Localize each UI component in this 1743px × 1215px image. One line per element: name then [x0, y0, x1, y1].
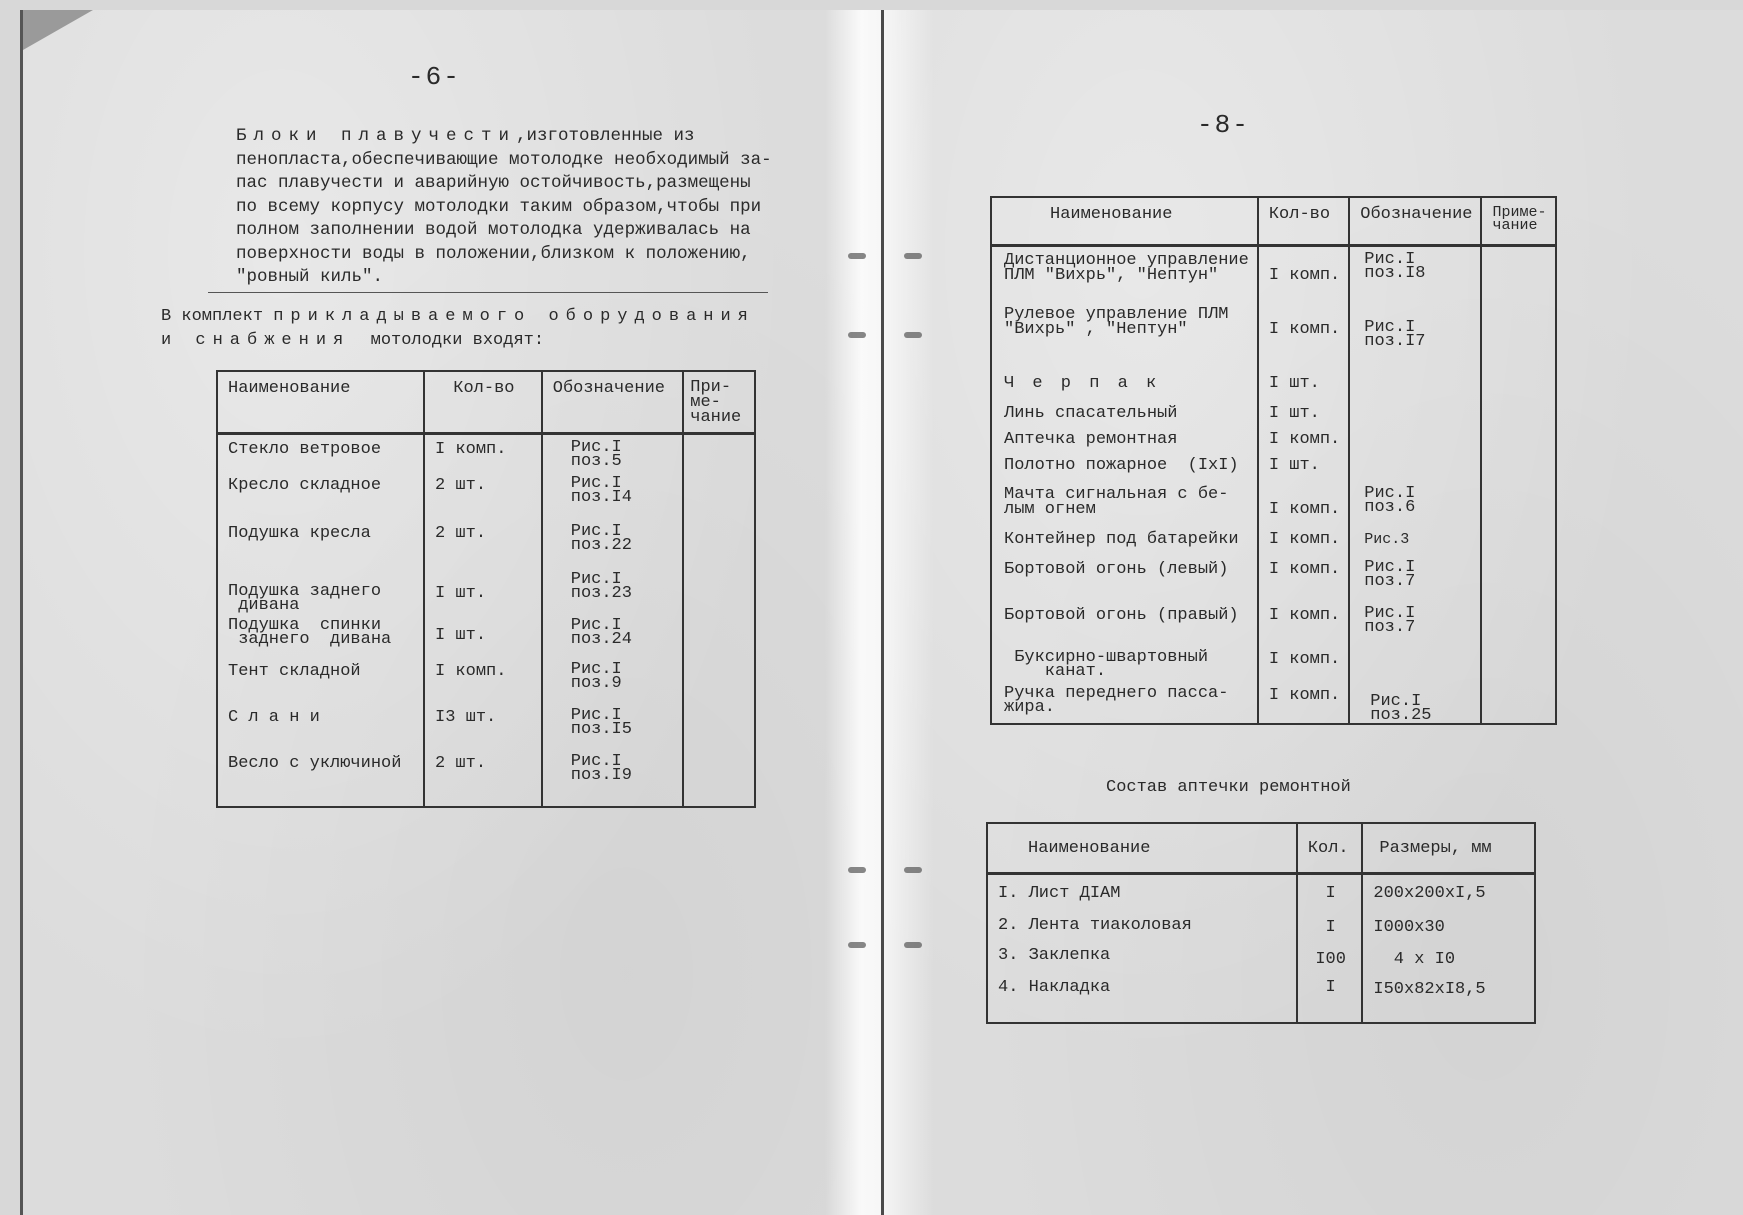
divider-rule	[208, 292, 768, 293]
col-header-size: Размеры, мм	[1362, 823, 1535, 873]
staple-mark	[848, 332, 866, 338]
gutter-shadow-right	[884, 10, 934, 1215]
folded-corner	[23, 10, 93, 50]
table-row: Стекло ветровое I комп. Рис.I поз.5	[217, 433, 755, 471]
page-number-left: -6-	[408, 62, 461, 92]
table-row: Бортовой огонь (правый) I комп. Рис.I по…	[991, 601, 1556, 645]
table-row: Мачта сигнальная с бе- лым огнем I комп.…	[991, 481, 1556, 525]
table-row: 3. Заклепка I00 4 x I0	[987, 941, 1535, 975]
gutter-shadow-left	[825, 10, 885, 1215]
table-row: Тент складной I комп. Рис.I поз.9	[217, 657, 755, 703]
page-number-right: -8-	[1197, 110, 1250, 140]
table-row: Подушка спинки заднего дивана I шт. Рис.…	[217, 613, 755, 657]
table-row: Линь спасательный I шт.	[991, 399, 1556, 425]
col-header-note: При- ме- чание	[683, 371, 755, 433]
col-header-qty: Кол-во	[1258, 197, 1349, 245]
table-row: 4. Накладка I I50x82xI8,5	[987, 975, 1535, 1023]
table-row: Весло с уключиной 2 шт. Рис.I поз.I9	[217, 749, 755, 807]
table-row: Аптечка ремонтная I комп.	[991, 425, 1556, 451]
table-row: 2. Лента тиаколовая I I000x30	[987, 907, 1535, 941]
table-row: Полотно пожарное (IxI) I шт.	[991, 451, 1556, 481]
right-page: -8- Наименование Кол-во Обозначение Прим…	[884, 10, 1743, 1215]
repair-kit-caption: Состав аптечки ремонтной	[1106, 778, 1351, 797]
repair-kit-table: Наименование Кол. Размеры, мм I. Лист ДI…	[986, 822, 1536, 1024]
col-header-note: Приме- чание	[1481, 197, 1555, 245]
table-row: Ручка переднего пасса- жира. I комп. Рис…	[991, 681, 1556, 724]
col-header-qty: Кол-во	[424, 371, 542, 433]
staple-mark	[904, 253, 922, 259]
table-row: Подушка заднего дивана I шт. Рис.I поз.2…	[217, 567, 755, 613]
equipment-table-left: Наименование Кол-во Обозначение При- ме-…	[216, 370, 756, 808]
col-header-name: Наименование	[217, 371, 424, 433]
table-row: Буксирно-швартовный канат. I комп.	[991, 645, 1556, 681]
intro-lead: Блоки плавучести	[236, 126, 516, 146]
staple-mark	[848, 942, 866, 948]
section-heading: В комплект прикладываемого оборудования …	[161, 305, 755, 352]
staple-mark	[904, 942, 922, 948]
col-header-qty: Кол.	[1297, 823, 1363, 873]
col-header-name: Наименование	[991, 197, 1258, 245]
left-page: -6- Блоки плавучести,изготовленные из пе…	[20, 10, 885, 1215]
staple-mark	[904, 332, 922, 338]
table-row: I. Лист ДIАМ I 200x200xI,5	[987, 873, 1535, 907]
staple-mark	[904, 867, 922, 873]
staple-mark	[848, 253, 866, 259]
table-row: Подушка кресла 2 шт. Рис.I поз.22	[217, 519, 755, 567]
equipment-table-right: Наименование Кол-во Обозначение Приме- ч…	[990, 196, 1557, 725]
table-row: Дистанционное управление ПЛМ "Вихрь", "Н…	[991, 245, 1556, 301]
table-row: Рулевое управление ПЛМ "Вихрь" , "Нептун…	[991, 301, 1556, 369]
table-row: Кресло складное 2 шт. Рис.I поз.I4	[217, 471, 755, 519]
table-row: Ч е р п а к I шт.	[991, 369, 1556, 399]
table-row: Бортовой огонь (левый) I комп. Рис.I поз…	[991, 555, 1556, 601]
table-row: С л а н и I3 шт. Рис.I поз.I5	[217, 703, 755, 749]
col-header-ref: Обозначение	[542, 371, 684, 433]
staple-mark	[848, 867, 866, 873]
col-header-name: Наименование	[987, 823, 1297, 873]
col-header-ref: Обозначение	[1349, 197, 1481, 245]
intro-paragraph: Блоки плавучести,изготовленные из пенопл…	[236, 125, 772, 290]
table-row: Контейнер под батарейки I комп. Рис.3	[991, 525, 1556, 555]
